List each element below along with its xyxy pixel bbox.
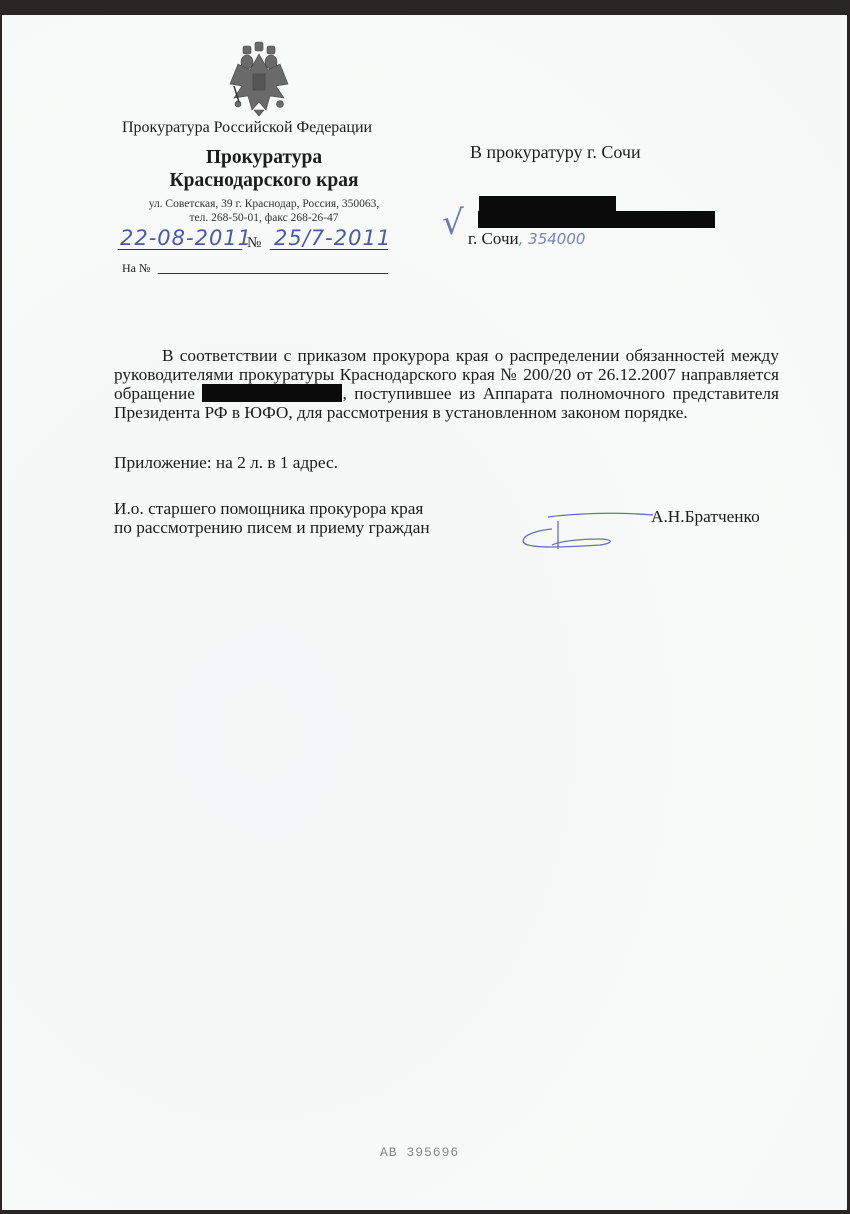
number-label: № bbox=[247, 235, 261, 252]
recipient-city: г. Сочи, 354000 bbox=[468, 229, 585, 249]
number-field: 25/7-2011 bbox=[274, 226, 391, 250]
address-line2: тел. 268-50-01, факс 268-26-47 bbox=[114, 211, 414, 225]
city-label: г. Сочи bbox=[468, 229, 519, 248]
date-handwritten: 22-08-2011 bbox=[120, 226, 252, 250]
number-underline bbox=[270, 249, 388, 250]
redacted-recipient-address bbox=[478, 211, 715, 228]
postal-code-handwritten: , 354000 bbox=[519, 230, 586, 248]
form-serial-number: АВ 395696 bbox=[380, 1145, 459, 1160]
russian-coat-of-arms-icon bbox=[226, 40, 292, 118]
signatory-name: А.Н.Братченко bbox=[651, 507, 760, 527]
org-name-line2: Краснодарского края bbox=[114, 169, 414, 192]
date-field: 22-08-2011 bbox=[120, 226, 252, 250]
org-name: Прокуратура Краснодарского края bbox=[114, 146, 414, 192]
attachment-note: Приложение: на 2 л. в 1 адрес. bbox=[114, 453, 338, 473]
reply-to-underline bbox=[158, 273, 388, 274]
address-line1: ул. Советская, 39 г. Краснодар, Россия, … bbox=[114, 197, 414, 211]
org-parent-name: Прокуратура Российской Федерации bbox=[122, 119, 372, 137]
redacted-recipient-name bbox=[479, 196, 616, 212]
document-page: Прокуратура Российской Федерации Прокура… bbox=[2, 15, 847, 1210]
org-address: ул. Советская, 39 г. Краснодар, Россия, … bbox=[114, 197, 414, 225]
check-mark: √ bbox=[442, 203, 464, 243]
signatory-title: И.о. старшего помощника прокурора края п… bbox=[114, 500, 430, 537]
recipient-line: В прокуратуру г. Сочи bbox=[470, 142, 641, 163]
redacted-applicant-name bbox=[202, 384, 342, 402]
handwritten-signature bbox=[518, 509, 658, 551]
number-handwritten: 25/7-2011 bbox=[274, 226, 391, 250]
body-paragraph: В соответствии с приказом прокурора края… bbox=[114, 347, 779, 422]
date-underline bbox=[118, 249, 242, 250]
reply-to-label: На № bbox=[122, 261, 150, 276]
org-name-line1: Прокуратура bbox=[114, 146, 414, 169]
signatory-title-line1: И.о. старшего помощника прокурора края bbox=[114, 500, 430, 519]
signatory-title-line2: по рассмотрению писем и приему граждан bbox=[114, 519, 430, 538]
